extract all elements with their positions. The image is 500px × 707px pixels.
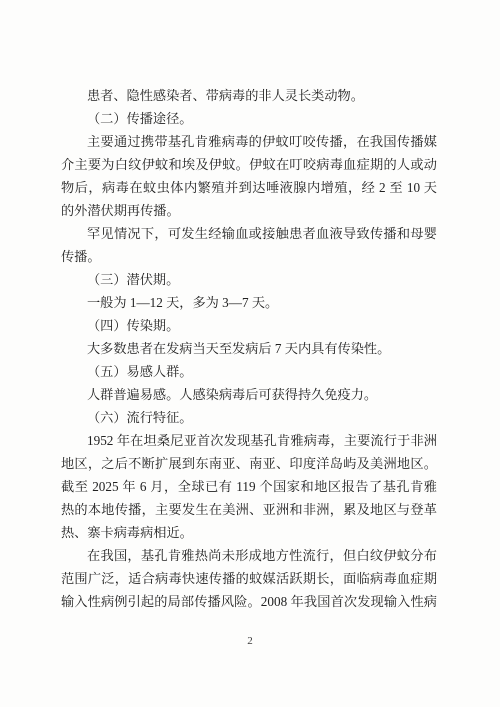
text-line: 地区，之后不断扩展到东南亚、南亚、印度洋岛屿及美洲地区。 xyxy=(61,452,437,475)
text-line: 罕见情况下，可发生经输血或接触患者血液导致传播和母婴 xyxy=(61,222,437,245)
text-line: （三）潜伏期。 xyxy=(61,268,437,291)
text-line: 物后，病毒在蚊虫体内繁殖并到达唾液腺内增殖，经 2 至 10 天 xyxy=(61,176,437,199)
text-line: 热的本地传播，主要发生在美洲、亚洲和非洲，累及地区与登革 xyxy=(61,498,437,521)
text-line: 截至 2025 年 6 月，全球已有 119 个国家和地区报告了基孔肯雅 xyxy=(61,475,437,498)
text-line: 患者、隐性感染者、带病毒的非人灵长类动物。 xyxy=(61,84,437,107)
text-line: （五）易感人群。 xyxy=(61,360,437,383)
text-line: 的外潜伏期再传播。 xyxy=(61,199,437,222)
text-line: 热、寨卡病毒病相近。 xyxy=(61,521,437,544)
text-line: 人群普遍易感。人感染病毒后可获得持久免疫力。 xyxy=(61,383,437,406)
text-line: 在我国，基孔肯雅热尚未形成地方性流行，但白纹伊蚊分布 xyxy=(61,544,437,567)
text-line: （二）传播途径。 xyxy=(61,107,437,130)
text-line: （四）传染期。 xyxy=(61,314,437,337)
text-line: 传播。 xyxy=(61,245,437,268)
text-block: 患者、隐性感染者、带病毒的非人灵长类动物。（二）传播途径。主要通过携带基孔肯雅病… xyxy=(61,84,437,613)
text-line: 大多数患者在发病当天至发病后 7 天内具有传染性。 xyxy=(61,337,437,360)
text-line: （六）流行特征。 xyxy=(61,406,437,429)
text-line: 一般为 1—12 天，多为 3—7 天。 xyxy=(61,291,437,314)
text-line: 输入性病例引起的局部传播风险。2008 年我国首次发现输入性病 xyxy=(61,590,437,613)
text-line: 主要通过携带基孔肯雅病毒的伊蚊叮咬传播，在我国传播媒 xyxy=(61,130,437,153)
text-line: 范围广泛，适合病毒快速传播的蚊媒活跃期长，面临病毒血症期 xyxy=(61,567,437,590)
page-number: 2 xyxy=(0,634,500,648)
document-page: 患者、隐性感染者、带病毒的非人灵长类动物。（二）传播途径。主要通过携带基孔肯雅病… xyxy=(0,0,500,707)
text-line: 介主要为白纹伊蚊和埃及伊蚊。伊蚊在叮咬病毒血症期的人或动 xyxy=(61,153,437,176)
text-line: 1952 年在坦桑尼亚首次发现基孔肯雅病毒，主要流行于非洲 xyxy=(61,429,437,452)
